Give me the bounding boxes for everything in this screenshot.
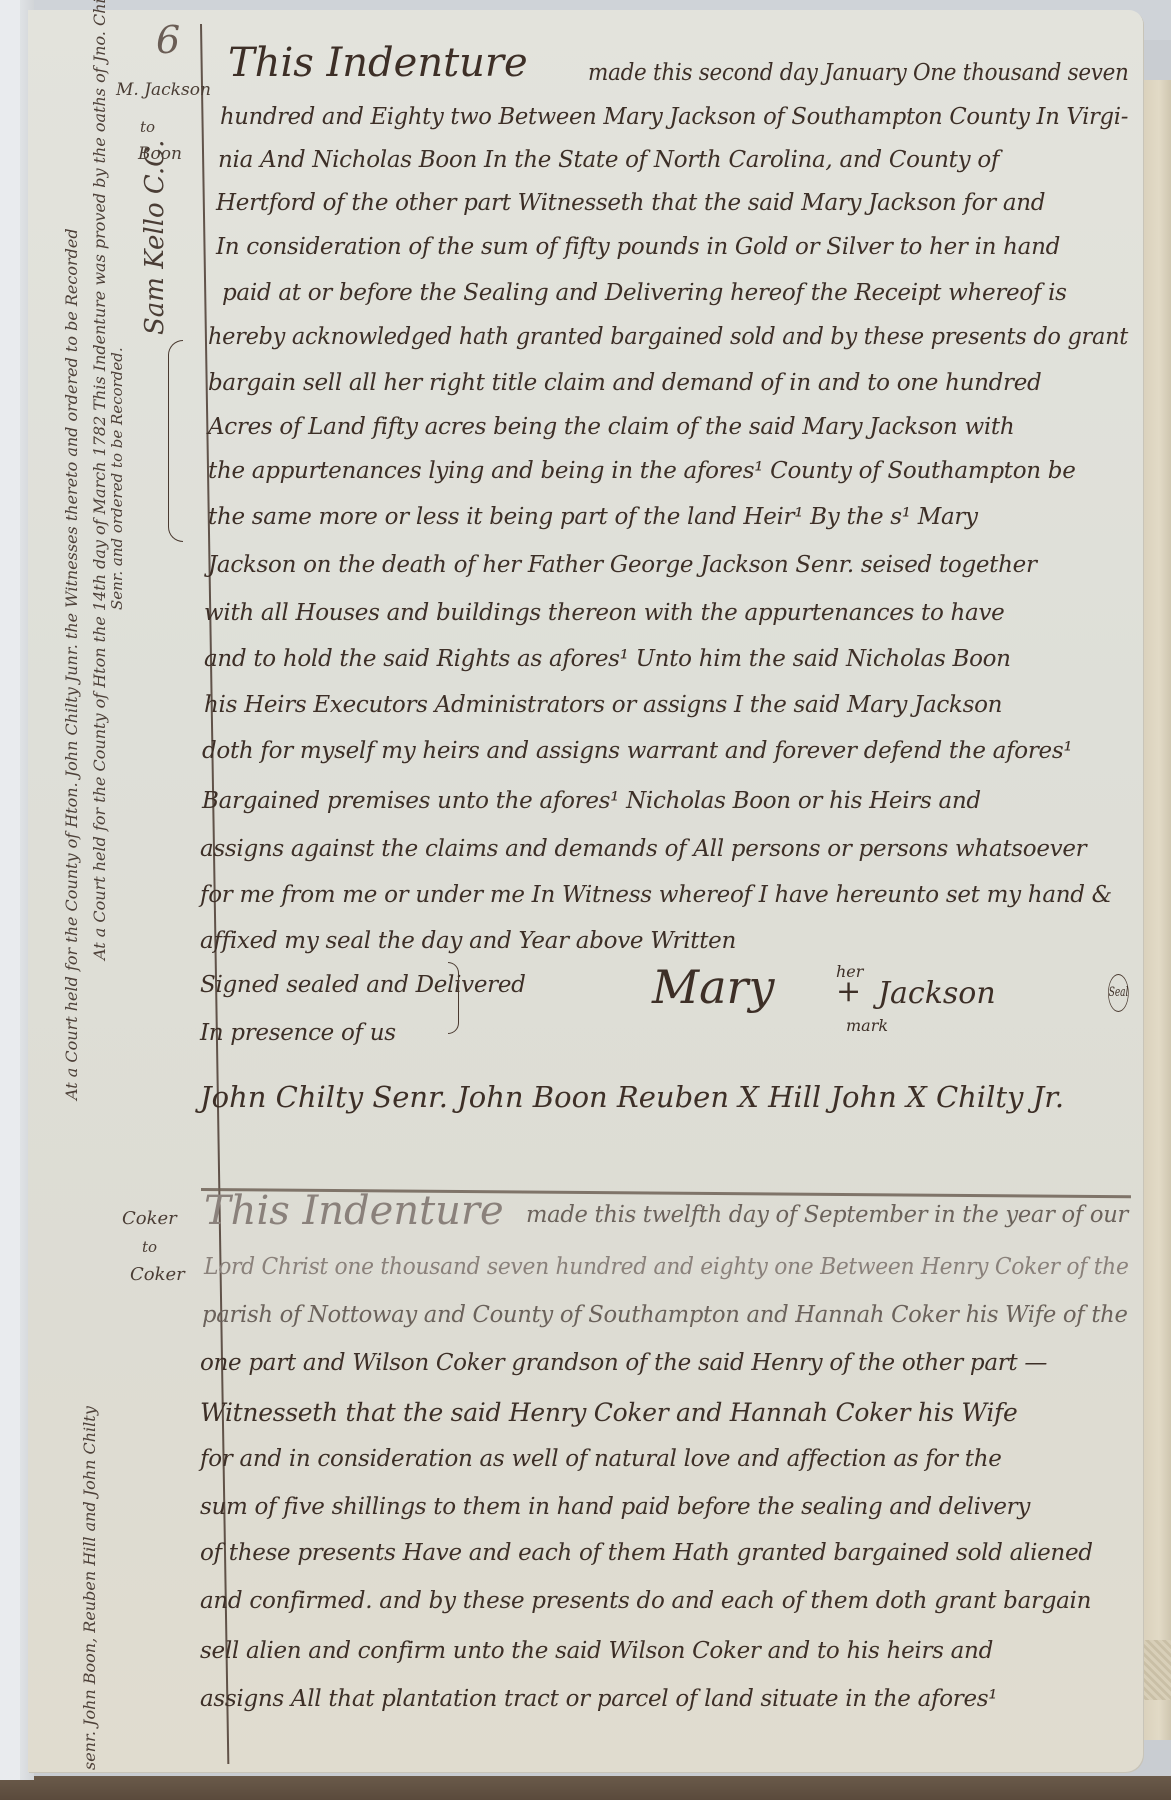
margin-recording-note-2b: senr. John Boon, Reuben Hill and John Ch… <box>80 1406 99 1770</box>
indenture-1-line: In consideration of the sum of fifty pou… <box>216 234 1060 260</box>
deed-page: 6 M. Jackson to Boon At a Court held for… <box>28 10 1143 1772</box>
indenture-2-line: one part and Wilson Coker grandson of th… <box>200 1350 1047 1376</box>
indenture-1-line: nia And Nicholas Boon In the State of No… <box>218 147 999 173</box>
seal-icon: Seal <box>1108 974 1129 1012</box>
grantor-signature-first: Mary <box>652 960 775 1014</box>
attestation-signed: Signed sealed and Delivered <box>200 972 526 998</box>
indenture-1-line: affixed my seal the day and Year above W… <box>200 928 736 954</box>
margin-index-grantor: M. Jackson <box>116 80 211 100</box>
margin-index-second-grantor: Coker <box>122 1208 177 1229</box>
indenture-2-line: parish of Nottoway and County of Southam… <box>202 1302 1128 1328</box>
indenture-1-line: for me from me or under me In Witness wh… <box>200 882 1112 908</box>
binding-cloth <box>1141 1640 1171 1700</box>
indenture-1-heading: This Indenture <box>228 40 528 86</box>
clerk-bracket <box>168 340 183 542</box>
indenture-1-line: Jackson on the death of her Father Georg… <box>208 552 1037 578</box>
indenture-1-line: bargain sell all her right title claim a… <box>208 370 1041 396</box>
grantor-mark-label: mark <box>846 1016 888 1035</box>
margin-recording-note-1b: Senr. and ordered to be Recorded. <box>108 347 126 610</box>
witnesses-line: John Chilty Senr. John Boon Reuben X Hil… <box>200 1080 1064 1114</box>
indenture-1-line: Acres of Land fifty acres being the clai… <box>208 414 1014 440</box>
indenture-1-line: with all Houses and buildings thereon wi… <box>204 600 1004 626</box>
indenture-1-line: his Heirs Executors Administrators or as… <box>204 692 1002 718</box>
attestation-brace <box>448 962 459 1034</box>
margin-index-to: to <box>140 118 155 136</box>
margin-recording-note-1: At a Court held for the County of Hton t… <box>90 0 109 960</box>
margin-index-second-to: to <box>142 1238 157 1256</box>
indenture-2-line: and confirmed. and by these presents do … <box>200 1588 1091 1614</box>
indenture-1-line: Hertford of the other part Witnesseth th… <box>216 190 1045 216</box>
indenture-2-line: made this twelfth day of September in th… <box>526 1202 1128 1228</box>
margin-index-second-grantee: Coker <box>130 1264 185 1285</box>
indenture-2-heading: This Indenture <box>204 1188 504 1234</box>
grantor-signature-last: Jackson <box>878 976 996 1011</box>
indenture-2-line: Witnesseth that the said Henry Coker and… <box>200 1398 1018 1427</box>
indenture-2-line: for and in consideration as well of natu… <box>200 1446 1002 1472</box>
clerk-signature: Sam Kello C.C. <box>140 140 170 335</box>
indenture-2-line: sum of five shillings to them in hand pa… <box>200 1494 1030 1520</box>
table-surface <box>0 1776 1171 1800</box>
margin-recording-note-2: At a Court held for the County of Hton. … <box>62 228 81 1100</box>
indenture-1-line: paid at or before the Sealing and Delive… <box>222 280 1067 306</box>
book-binding-edge <box>1141 80 1171 1740</box>
indenture-2-line: of these presents Have and each of them … <box>200 1540 1093 1566</box>
indenture-1-line: doth for myself my heirs and assigns war… <box>202 738 1072 764</box>
indenture-1-line: Bargained premises unto the afores¹ Nich… <box>202 788 981 814</box>
indenture-1-line: and to hold the said Rights as afores¹ U… <box>204 646 1011 672</box>
indenture-1-line: the same more or less it being part of t… <box>208 504 978 530</box>
attestation-presence: In presence of us <box>200 1020 396 1046</box>
indenture-1-line: assigns against the claims and demands o… <box>200 836 1086 862</box>
indenture-2-line: sell alien and confirm unto the said Wil… <box>200 1638 993 1664</box>
indenture-1-line: the appurtenances lying and being in the… <box>208 458 1076 484</box>
indenture-2-line: assigns All that plantation tract or par… <box>200 1686 997 1712</box>
indenture-2-line: Lord Christ one thousand seven hundred a… <box>204 1254 1129 1280</box>
page-number-mark: 6 <box>156 18 180 62</box>
indenture-1-line: hereby acknowledged hath granted bargain… <box>208 324 1128 350</box>
indenture-1-line: made this second day January One thousan… <box>588 60 1129 86</box>
grantor-mark-cross: + <box>836 974 861 1009</box>
indenture-1-line: hundred and Eighty two Between Mary Jack… <box>220 104 1128 130</box>
